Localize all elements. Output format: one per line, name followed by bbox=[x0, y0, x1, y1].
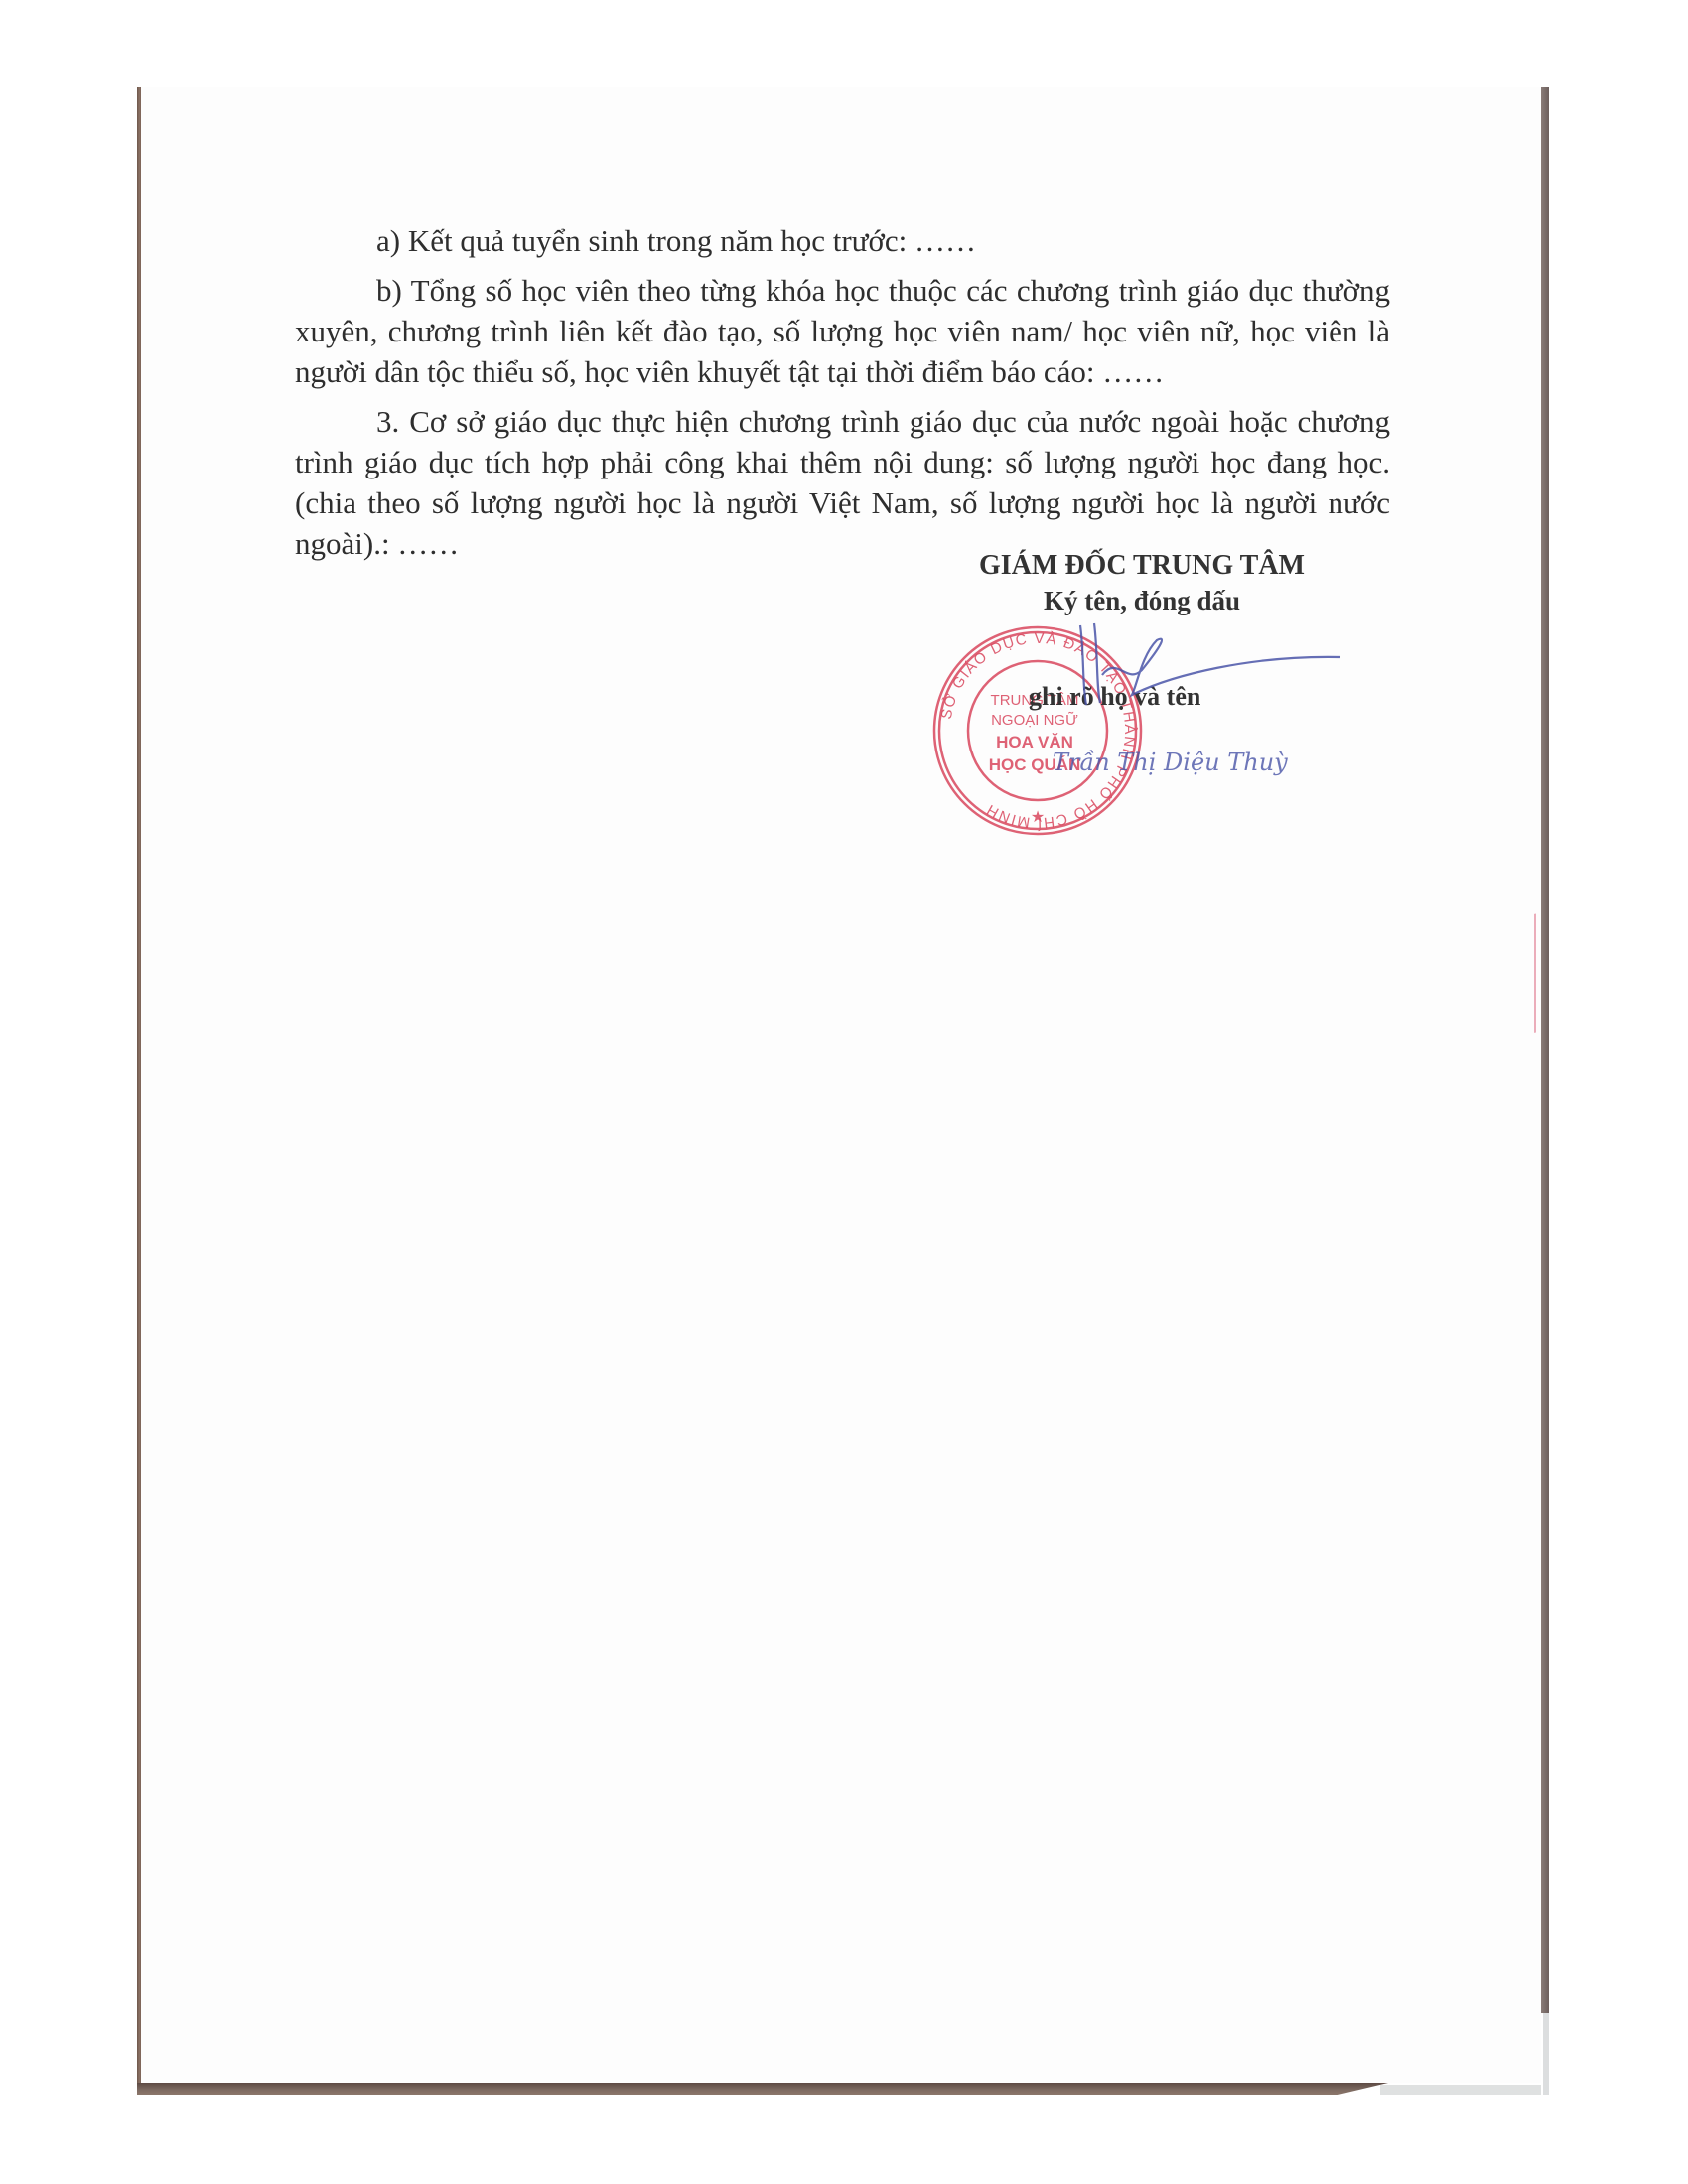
handwritten-name: Trần Thị Diệu Thuỳ bbox=[1043, 735, 1291, 784]
stamp-line-2: NGOẠI NGỮ bbox=[991, 712, 1078, 729]
page-edge-bottom bbox=[137, 2083, 1388, 2095]
stamp-fragment-edge bbox=[1534, 912, 1546, 1033]
paragraph-b: b) Tổng số học viên theo từng khóa học t… bbox=[295, 270, 1390, 392]
svg-text:Trần Thị Diệu Thuỳ: Trần Thị Diệu Thuỳ bbox=[1053, 749, 1288, 776]
star-icon: ★ bbox=[1031, 809, 1045, 826]
paragraph-a: a) Kết quả tuyển sinh trong năm học trướ… bbox=[295, 220, 1390, 261]
page-edge-right bbox=[1541, 87, 1549, 2013]
page-edge-right-light bbox=[1543, 2013, 1549, 2095]
page-edge-bottom-light bbox=[1380, 2085, 1541, 2095]
signer-instruction: Ký tên, đóng dấu bbox=[933, 584, 1350, 617]
paragraph-3: 3. Cơ sở giáo dục thực hiện chương trình… bbox=[295, 401, 1390, 564]
signer-title: GIÁM ĐỐC TRUNG TÂM bbox=[933, 548, 1350, 584]
signature-block: GIÁM ĐỐC TRUNG TÂM Ký tên, đóng dấu bbox=[933, 548, 1350, 617]
document-body: a) Kết quả tuyển sinh trong năm học trướ… bbox=[295, 220, 1390, 564]
